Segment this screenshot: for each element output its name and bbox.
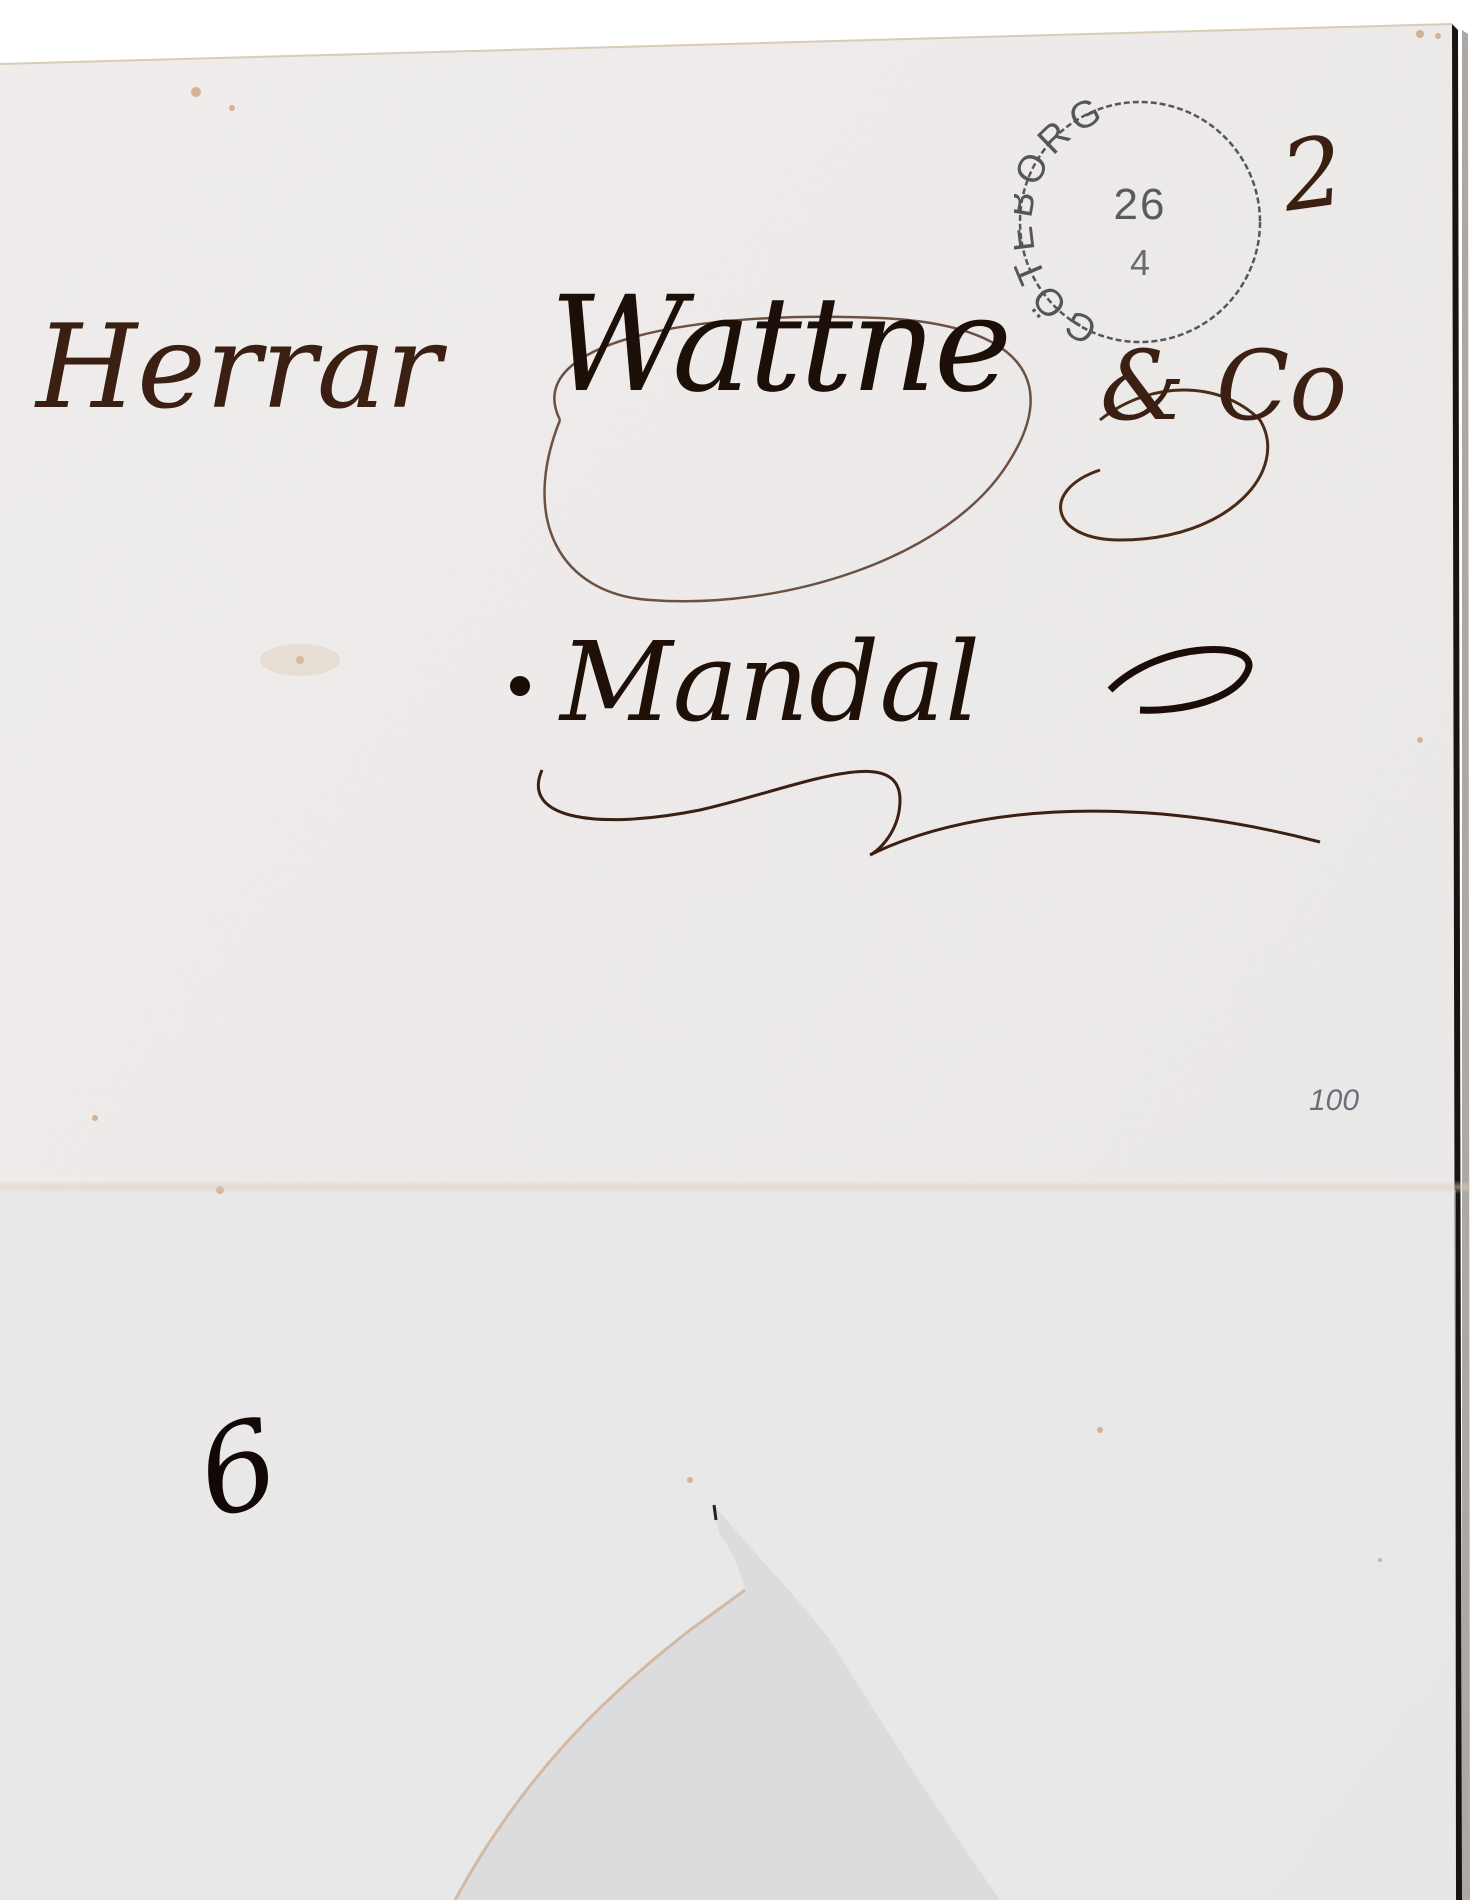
pencil-note: 100 xyxy=(1309,1084,1359,1118)
letter-scan: GÖTEBORG 26 4 2 Herrar Wattne & Co Manda… xyxy=(0,0,1476,1900)
postmark-month: 4 xyxy=(1014,242,1266,284)
addressee-prefix: Herrar xyxy=(36,300,441,435)
postmark-day: 26 xyxy=(1014,180,1266,230)
addressee-company: & Co xyxy=(1100,330,1347,442)
postmark: GÖTEBORG 26 4 xyxy=(1014,94,1266,356)
destination-town: Mandal xyxy=(560,618,980,746)
addressee-name: Wattne xyxy=(550,268,1010,422)
